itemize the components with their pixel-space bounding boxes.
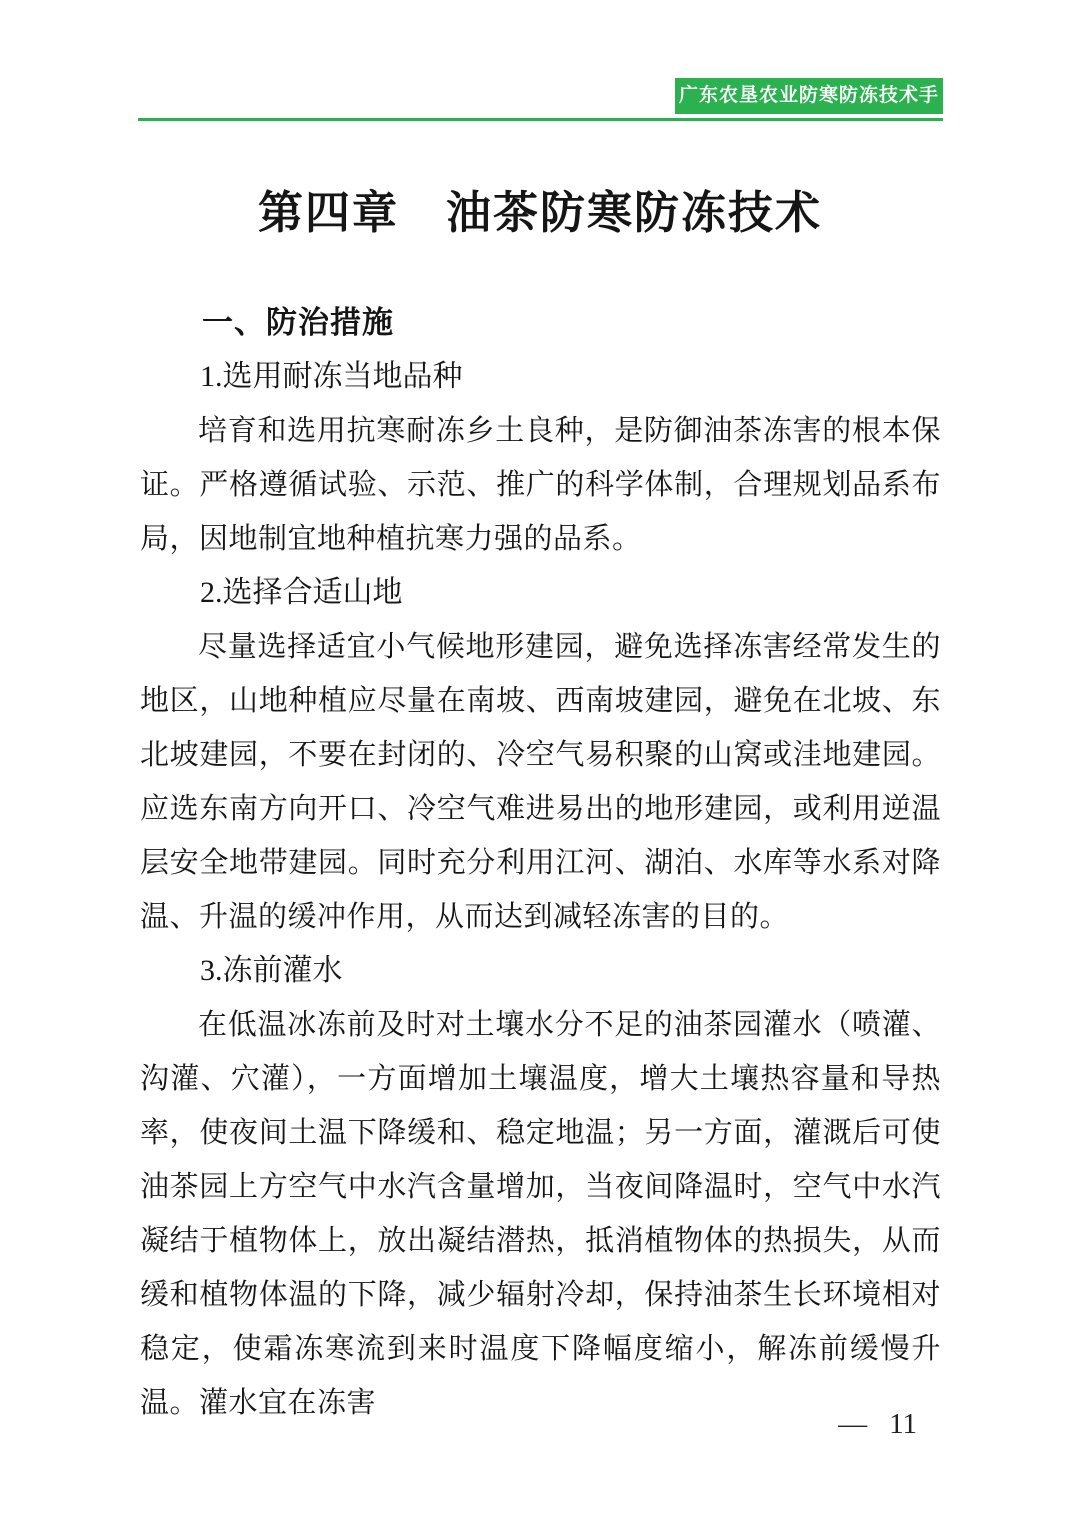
chapter-title: 第四章 油茶防寒防冻技术 [0, 176, 1080, 241]
subsection-title-3: 3.冻前灌水 [140, 944, 941, 998]
page-footer: —11 [838, 1408, 917, 1441]
header-badge: 广东农垦农业防寒防冻技术手册 [675, 78, 943, 114]
content-column: 一、防治措施 1.选用耐冻当地品种 培育和选用抗寒耐冻乡土良种，是防御油茶冻害的… [140, 296, 941, 1430]
paragraph-1: 培育和选用抗寒耐冻乡土良种，是防御油茶冻害的根本保证。严格遵循试验、示范、推广的… [140, 404, 941, 566]
section-heading: 一、防治措施 [140, 296, 941, 350]
subsection-title-1: 1.选用耐冻当地品种 [140, 350, 941, 404]
document-page: 广东农垦农业防寒防冻技术手册 第四章 油茶防寒防冻技术 一、防治措施 1.选用耐… [0, 0, 1080, 1527]
paragraph-3: 在低温冰冻前及时对土壤水分不足的油茶园灌水（喷灌、沟灌、穴灌），一方面增加土壤温… [140, 998, 941, 1430]
page-number: 11 [889, 1408, 917, 1440]
paragraph-2: 尽量选择适宜小气候地形建园，避免选择冻害经常发生的地区，山地种植应尽量在南坡、西… [140, 620, 941, 944]
header-rule [138, 118, 943, 121]
footer-dash: — [838, 1408, 867, 1440]
subsection-title-2: 2.选择合适山地 [140, 566, 941, 620]
